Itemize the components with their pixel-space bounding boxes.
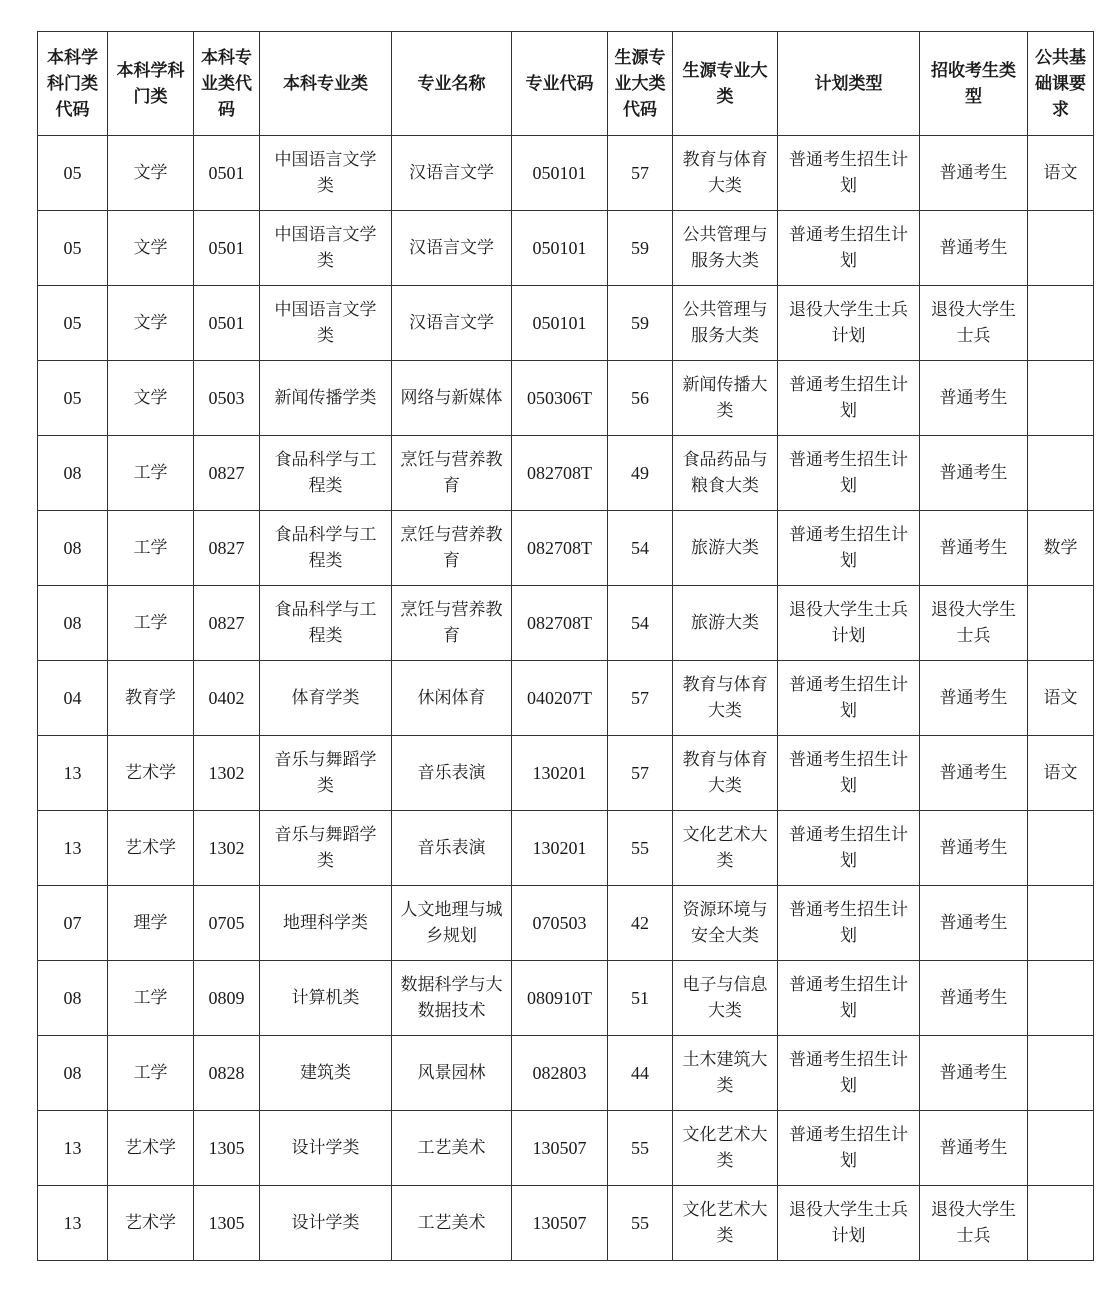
cell-source-category-code: 59 [608,211,673,286]
cell-plan-type: 普通考生招生计划 [778,136,920,211]
cell-source-category-code: 59 [608,286,673,361]
cell-public-course [1028,1036,1094,1111]
cell-plan-type: 普通考生招生计划 [778,361,920,436]
cell-student-type: 普通考生 [920,361,1028,436]
cell-student-type: 普通考生 [920,1036,1028,1111]
cell-major-class: 食品科学与工程类 [260,586,392,661]
cell-major-class-code: 0809 [194,961,260,1036]
table-row: 08工学0828建筑类风景园林08280344土木建筑大类普通考生招生计划普通考… [38,1036,1094,1111]
cell-major-class-code: 0827 [194,511,260,586]
cell-source-category-code: 54 [608,511,673,586]
cell-student-type: 普通考生 [920,211,1028,286]
cell-major-class: 中国语言文学类 [260,211,392,286]
cell-major-class-code: 1302 [194,811,260,886]
cell-major-name: 音乐表演 [392,811,512,886]
cell-source-category: 旅游大类 [673,586,778,661]
cell-major-name: 人文地理与城乡规划 [392,886,512,961]
cell-discipline-code: 05 [38,361,108,436]
cell-discipline: 理学 [108,886,194,961]
cell-major-name: 网络与新媒体 [392,361,512,436]
cell-discipline-code: 13 [38,1186,108,1261]
cell-major-class-code: 1305 [194,1186,260,1261]
cell-source-category-code: 55 [608,1186,673,1261]
column-header-public-course: 公共基础课要求 [1028,32,1094,136]
cell-discipline-code: 08 [38,586,108,661]
cell-major-name: 汉语言文学 [392,211,512,286]
cell-major-code: 082803 [512,1036,608,1111]
cell-plan-type: 退役大学生士兵计划 [778,586,920,661]
cell-discipline: 艺术学 [108,1186,194,1261]
table-row: 05文学0501中国语言文学类汉语言文学05010159公共管理与服务大类退役大… [38,286,1094,361]
cell-plan-type: 普通考生招生计划 [778,886,920,961]
cell-source-category: 公共管理与服务大类 [673,211,778,286]
table-row: 08工学0827食品科学与工程类烹饪与营养教育082708T54旅游大类退役大学… [38,586,1094,661]
cell-major-class: 设计学类 [260,1186,392,1261]
table-row: 05文学0501中国语言文学类汉语言文学05010159公共管理与服务大类普通考… [38,211,1094,286]
cell-source-category: 食品药品与粮食大类 [673,436,778,511]
cell-major-code: 050101 [512,211,608,286]
cell-public-course: 语文 [1028,736,1094,811]
cell-discipline: 工学 [108,511,194,586]
cell-major-name: 工艺美术 [392,1111,512,1186]
cell-major-class: 设计学类 [260,1111,392,1186]
cell-major-class: 地理科学类 [260,886,392,961]
cell-major-class: 食品科学与工程类 [260,511,392,586]
cell-major-code: 080910T [512,961,608,1036]
cell-major-class-code: 0503 [194,361,260,436]
column-header-student-type: 招收考生类型 [920,32,1028,136]
cell-major-name: 音乐表演 [392,736,512,811]
cell-major-name: 烹饪与营养教育 [392,436,512,511]
cell-major-class-code: 0828 [194,1036,260,1111]
cell-major-class: 新闻传播学类 [260,361,392,436]
cell-major-code: 130507 [512,1111,608,1186]
cell-discipline-code: 08 [38,511,108,586]
table-row: 08工学0809计算机类数据科学与大数据技术080910T51电子与信息大类普通… [38,961,1094,1036]
cell-discipline-code: 05 [38,286,108,361]
cell-student-type: 普通考生 [920,436,1028,511]
table-row: 13艺术学1305设计学类工艺美术13050755文化艺术大类退役大学生士兵计划… [38,1186,1094,1261]
cell-source-category: 资源环境与安全大类 [673,886,778,961]
cell-student-type: 普通考生 [920,136,1028,211]
cell-source-category-code: 55 [608,811,673,886]
table-row: 04教育学0402体育学类休闲体育040207T57教育与体育大类普通考生招生计… [38,661,1094,736]
cell-public-course [1028,886,1094,961]
cell-student-type: 普通考生 [920,961,1028,1036]
cell-major-class: 建筑类 [260,1036,392,1111]
cell-discipline-code: 08 [38,1036,108,1111]
table-body: 05文学0501中国语言文学类汉语言文学05010157教育与体育大类普通考生招… [38,136,1094,1261]
cell-plan-type: 普通考生招生计划 [778,436,920,511]
cell-student-type: 退役大学生士兵 [920,286,1028,361]
cell-public-course [1028,211,1094,286]
cell-major-code: 050306T [512,361,608,436]
cell-discipline-code: 04 [38,661,108,736]
cell-major-code: 082708T [512,436,608,511]
cell-student-type: 普通考生 [920,736,1028,811]
cell-source-category-code: 42 [608,886,673,961]
cell-major-class-code: 0827 [194,586,260,661]
cell-plan-type: 普通考生招生计划 [778,736,920,811]
cell-plan-type: 退役大学生士兵计划 [778,1186,920,1261]
cell-source-category-code: 57 [608,661,673,736]
table-row: 05文学0503新闻传播学类网络与新媒体050306T56新闻传播大类普通考生招… [38,361,1094,436]
cell-source-category-code: 51 [608,961,673,1036]
enrollment-plan-table: 本科学科门类代码本科学科门类本科专业类代码本科专业类专业名称专业代码生源专业大类… [37,31,1094,1261]
cell-public-course [1028,361,1094,436]
cell-major-name: 汉语言文学 [392,286,512,361]
cell-source-category: 文化艺术大类 [673,1111,778,1186]
cell-major-class: 中国语言文学类 [260,136,392,211]
table-row: 13艺术学1302音乐与舞蹈学类音乐表演13020155文化艺术大类普通考生招生… [38,811,1094,886]
cell-major-code: 070503 [512,886,608,961]
cell-major-class: 计算机类 [260,961,392,1036]
cell-discipline-code: 13 [38,1111,108,1186]
cell-discipline: 工学 [108,436,194,511]
cell-discipline: 文学 [108,286,194,361]
cell-source-category: 教育与体育大类 [673,661,778,736]
cell-student-type: 普通考生 [920,1111,1028,1186]
cell-discipline: 艺术学 [108,811,194,886]
cell-source-category-code: 56 [608,361,673,436]
table-row: 08工学0827食品科学与工程类烹饪与营养教育082708T54旅游大类普通考生… [38,511,1094,586]
cell-major-class-code: 1305 [194,1111,260,1186]
cell-plan-type: 普通考生招生计划 [778,661,920,736]
cell-discipline-code: 13 [38,811,108,886]
column-header-discipline-code: 本科学科门类代码 [38,32,108,136]
cell-source-category: 新闻传播大类 [673,361,778,436]
cell-major-code: 130201 [512,811,608,886]
cell-source-category-code: 57 [608,136,673,211]
cell-plan-type: 普通考生招生计划 [778,211,920,286]
cell-discipline: 文学 [108,211,194,286]
cell-discipline: 工学 [108,1036,194,1111]
cell-major-class: 食品科学与工程类 [260,436,392,511]
cell-major-class-code: 0501 [194,211,260,286]
cell-student-type: 普通考生 [920,886,1028,961]
cell-public-course [1028,811,1094,886]
cell-discipline-code: 05 [38,136,108,211]
cell-source-category-code: 55 [608,1111,673,1186]
cell-plan-type: 普通考生招生计划 [778,1111,920,1186]
cell-source-category: 电子与信息大类 [673,961,778,1036]
cell-student-type: 普通考生 [920,511,1028,586]
cell-major-name: 风景园林 [392,1036,512,1111]
cell-public-course [1028,1186,1094,1261]
cell-plan-type: 普通考生招生计划 [778,511,920,586]
cell-source-category-code: 44 [608,1036,673,1111]
cell-source-category-code: 54 [608,586,673,661]
cell-source-category: 公共管理与服务大类 [673,286,778,361]
cell-public-course [1028,1111,1094,1186]
cell-student-type: 退役大学生士兵 [920,1186,1028,1261]
cell-discipline-code: 08 [38,961,108,1036]
column-header-source-category-code: 生源专业大类代码 [608,32,673,136]
cell-major-name: 汉语言文学 [392,136,512,211]
cell-discipline-code: 13 [38,736,108,811]
cell-discipline: 工学 [108,586,194,661]
cell-discipline: 文学 [108,361,194,436]
cell-plan-type: 普通考生招生计划 [778,961,920,1036]
cell-major-name: 数据科学与大数据技术 [392,961,512,1036]
cell-public-course: 数学 [1028,511,1094,586]
cell-public-course: 语文 [1028,136,1094,211]
cell-major-name: 工艺美术 [392,1186,512,1261]
column-header-major-class: 本科专业类 [260,32,392,136]
cell-major-code: 130201 [512,736,608,811]
cell-public-course: 语文 [1028,661,1094,736]
cell-major-code: 082708T [512,511,608,586]
cell-student-type: 普通考生 [920,661,1028,736]
cell-source-category: 教育与体育大类 [673,136,778,211]
cell-student-type: 退役大学生士兵 [920,586,1028,661]
cell-student-type: 普通考生 [920,811,1028,886]
cell-major-class-code: 0501 [194,136,260,211]
table-header-row: 本科学科门类代码本科学科门类本科专业类代码本科专业类专业名称专业代码生源专业大类… [38,32,1094,136]
cell-major-class: 音乐与舞蹈学类 [260,811,392,886]
table-row: 08工学0827食品科学与工程类烹饪与营养教育082708T49食品药品与粮食大… [38,436,1094,511]
cell-source-category: 土木建筑大类 [673,1036,778,1111]
table-row: 13艺术学1305设计学类工艺美术13050755文化艺术大类普通考生招生计划普… [38,1111,1094,1186]
cell-major-class-code: 0402 [194,661,260,736]
cell-major-name: 烹饪与营养教育 [392,511,512,586]
cell-discipline-code: 05 [38,211,108,286]
cell-plan-type: 普通考生招生计划 [778,811,920,886]
column-header-major-code: 专业代码 [512,32,608,136]
cell-major-class-code: 0827 [194,436,260,511]
cell-source-category: 文化艺术大类 [673,1186,778,1261]
cell-discipline: 工学 [108,961,194,1036]
cell-major-code: 040207T [512,661,608,736]
cell-public-course [1028,586,1094,661]
cell-discipline: 教育学 [108,661,194,736]
cell-discipline: 艺术学 [108,736,194,811]
column-header-plan-type: 计划类型 [778,32,920,136]
cell-public-course [1028,436,1094,511]
cell-plan-type: 普通考生招生计划 [778,1036,920,1111]
cell-public-course [1028,286,1094,361]
cell-major-code: 130507 [512,1186,608,1261]
table-row: 07理学0705地理科学类人文地理与城乡规划07050342资源环境与安全大类普… [38,886,1094,961]
table-row: 13艺术学1302音乐与舞蹈学类音乐表演13020157教育与体育大类普通考生招… [38,736,1094,811]
cell-major-class: 中国语言文学类 [260,286,392,361]
cell-discipline: 文学 [108,136,194,211]
cell-major-class-code: 0501 [194,286,260,361]
cell-major-code: 050101 [512,286,608,361]
column-header-source-category: 生源专业大类 [673,32,778,136]
column-header-discipline: 本科学科门类 [108,32,194,136]
cell-major-name: 休闲体育 [392,661,512,736]
cell-source-category-code: 57 [608,736,673,811]
column-header-major-class-code: 本科专业类代码 [194,32,260,136]
column-header-major-name: 专业名称 [392,32,512,136]
cell-source-category: 旅游大类 [673,511,778,586]
cell-major-code: 050101 [512,136,608,211]
cell-source-category: 文化艺术大类 [673,811,778,886]
cell-major-class: 体育学类 [260,661,392,736]
cell-major-name: 烹饪与营养教育 [392,586,512,661]
cell-discipline-code: 07 [38,886,108,961]
cell-plan-type: 退役大学生士兵计划 [778,286,920,361]
cell-major-class: 音乐与舞蹈学类 [260,736,392,811]
table-row: 05文学0501中国语言文学类汉语言文学05010157教育与体育大类普通考生招… [38,136,1094,211]
cell-source-category: 教育与体育大类 [673,736,778,811]
cell-source-category-code: 49 [608,436,673,511]
cell-discipline: 艺术学 [108,1111,194,1186]
cell-major-code: 082708T [512,586,608,661]
cell-major-class-code: 0705 [194,886,260,961]
cell-discipline-code: 08 [38,436,108,511]
cell-public-course [1028,961,1094,1036]
cell-major-class-code: 1302 [194,736,260,811]
